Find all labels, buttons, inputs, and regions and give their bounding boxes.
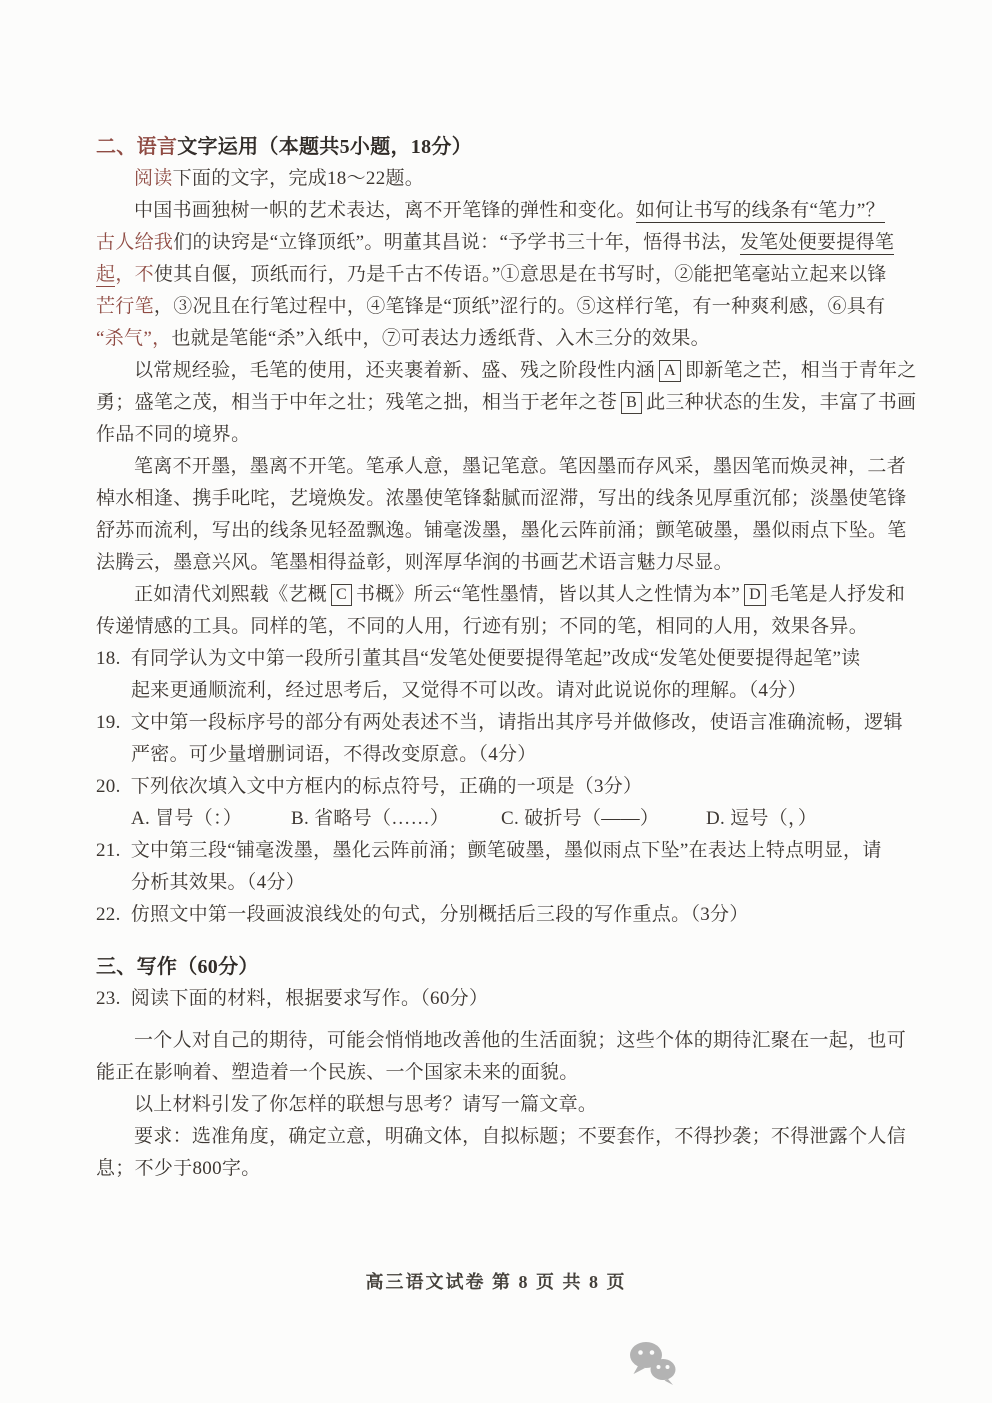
text-segment: 一个人对自己的期待，可能会悄悄地改善他的生活面貌；这些个体的期待汇聚在一起，也可: [134, 1030, 906, 1051]
doc-line-4: 古人给我们的诀窍是“立锋顶纸”。明董其昌说：“予学书三十年，悟得书法，发笔处便要…: [96, 227, 912, 259]
text-segment: 作品不同的境界。: [96, 424, 250, 445]
text-segment: 23. 阅读下面的材料，根据要求写作。（60分）: [96, 988, 488, 1009]
doc-line-23: 21. 文中第三段“铺毫泼墨，墨化云阵前涌；颤笔破墨，墨似雨点下坠”在表达上特点…: [96, 835, 912, 867]
text-segment: 息；不少于800字。: [96, 1158, 261, 1179]
text-segment: 中国书画独树一帜的艺术表达，离不开笔锋的弹性和变化。: [134, 200, 636, 221]
text-segment: 18. 有同学认为文中第一段所引董其昌“发笔处便要提得笔起”改成“发笔处便要提得…: [96, 648, 860, 669]
text-segment: 毛笔是人抒发和: [770, 584, 905, 605]
doc-line-5: 起，不使其自偃，顶纸而行，乃是千古不传语。”①意思是在书写时，②能把笔毫站立起来…: [96, 259, 912, 291]
text-segment: 起来更通顺流利，经过思考后，又觉得不可以改。请对此说说你的理解。（4分）: [131, 680, 807, 701]
wechat-icon: [627, 1338, 679, 1386]
text-segment: ，③况且在行笔过程中，④笔锋是“顶纸”涩行的。⑤这样行笔，有一种爽利感，⑥具有: [154, 296, 886, 317]
text-segment: 棹水相逢、携手叱咤，艺境焕发。浓墨使笔锋黏腻而涩滞，写出的线条见厚重沉郁；淡墨使…: [96, 488, 907, 509]
doc-line-14: 法腾云，墨意兴风。笔墨相得益彰，则浑厚华润的书画艺术语言魅力尽显。: [96, 547, 912, 579]
text-segment: 也就是笔能“杀”入纸中，⑦可表达力透纸背、入木三分的效果。: [171, 328, 710, 349]
text-segment: 法腾云，墨意兴风。笔墨相得益彰，则浑厚华润的书画艺术语言魅力尽显。: [96, 552, 733, 573]
text-segment: 下面的文字，完成18～22题。: [173, 168, 425, 189]
doc-line-13: 舒苏而流利，写出的线条见轻盈飘逸。铺毫泼墨，墨化云阵前涌；颤笔破墨，墨似雨点下坠…: [96, 515, 912, 547]
doc-line-11: 笔离不开墨，墨离不开笔。笔承人意，墨记笔意。笔因墨而存风采，墨因笔而焕灵神，二者: [96, 451, 912, 483]
doc-line-1: 二、语言文字运用（本题共5小题，18分）: [96, 131, 912, 163]
text-segment: “杀气”，: [96, 328, 171, 349]
text-segment: 22. 仿照文中第一段画波浪线处的句式，分别概括后三段的写作重点。（3分）: [96, 904, 749, 925]
text-segment: 勇；盛笔之茂，相当于中年之壮；残笔之拙，相当于老年之苍: [96, 392, 617, 413]
exam-body: 二、语言文字运用（本题共5小题，18分）阅读下面的文字，完成18～22题。中国书…: [96, 131, 912, 1185]
doc-line-26: 三、写作（60分）: [96, 951, 912, 983]
text-segment: 能正在影响着、塑造着一个民族、一个国家未来的面貌。: [96, 1062, 579, 1083]
text-segment: 二、语言: [96, 136, 177, 158]
doc-line-12: 棹水相逢、携手叱咤，艺境焕发。浓墨使笔锋黏腻而涩滞，写出的线条见厚重沉郁；淡墨使…: [96, 483, 912, 515]
doc-line-2: 阅读下面的文字，完成18～22题。: [96, 163, 912, 195]
doc-line-22: A. 冒号（：）B. 省略号（……）C. 破折号（——）D. 逗号（，）: [96, 803, 912, 835]
doc-line-32: 息；不少于800字。: [96, 1153, 912, 1185]
doc-line-15: 正如清代刘熙载《艺概C书概》所云“笔性墨情，皆以其人之性情为本”D毛笔是人抒发和: [96, 579, 912, 611]
text-segment: 书概》所云“笔性墨情，皆以其人之性情为本”: [356, 584, 740, 605]
underlined-text: 起: [96, 264, 115, 287]
doc-line-25: 22. 仿照文中第一段画波浪线处的句式，分别概括后三段的写作重点。（3分）: [96, 899, 912, 931]
doc-line-24: 分析其效果。（4分）: [96, 867, 912, 899]
text-segment: 笔离不开墨，墨离不开笔。笔承人意，墨记笔意。笔因墨而存风采，墨因笔而焕灵神，二者: [134, 456, 906, 477]
text-segment: 古人给我: [96, 232, 173, 253]
page-footer: 高三语文试卷 第 8 页 共 8 页: [0, 1268, 992, 1294]
text-segment: 19. 文中第一段标序号的部分有两处表述不当，请指出其序号并做修改，使语言准确流…: [96, 712, 903, 733]
doc-line-29: 能正在影响着、塑造着一个民族、一个国家未来的面貌。: [96, 1057, 912, 1089]
text-segment: 舒苏而流利，写出的线条见轻盈飘逸。铺毫泼墨，墨化云阵前涌；颤笔破墨，墨似雨点下坠…: [96, 520, 907, 541]
doc-line-18: 起来更通顺流利，经过思考后，又觉得不可以改。请对此说说你的理解。（4分）: [96, 675, 912, 707]
doc-line-30: 以上材料引发了你怎样的联想与思考？请写一篇文章。: [96, 1089, 912, 1121]
boxed-letter-B: B: [621, 392, 642, 414]
choice-D: D. 逗号（，）: [706, 803, 817, 835]
doc-line-16: 传递情感的工具。同样的笔，不同的人用，行迹有别；不同的笔，相同的人用，效果各异。: [96, 611, 912, 643]
doc-line-17: 18. 有同学认为文中第一段所引董其昌“发笔处便要提得笔起”改成“发笔处便要提得…: [96, 643, 912, 675]
exam-paper-page: 二、语言文字运用（本题共5小题，18分）阅读下面的文字，完成18～22题。中国书…: [0, 0, 992, 1403]
text-segment: 严密。可少量增删词语，不得改变原意。（4分）: [131, 744, 537, 765]
choice-B: B. 省略号（……）: [291, 803, 501, 835]
doc-line-21: 20. 下列依次填入文中方框内的标点符号，正确的一项是（3分）: [96, 771, 912, 803]
doc-line-7: “杀气”，也就是笔能“杀”入纸中，⑦可表达力透纸背、入木三分的效果。: [96, 323, 912, 355]
text-segment: ，不: [115, 264, 154, 285]
choice-A: A. 冒号（：）: [131, 803, 291, 835]
text-segment: 以常规经验，毛笔的使用，还夹裹着新、盛、残之阶段性内涵: [134, 360, 655, 381]
doc-line-28: 一个人对自己的期待，可能会悄悄地改善他的生活面貌；这些个体的期待汇聚在一起，也可: [96, 1025, 912, 1057]
boxed-letter-C: C: [331, 584, 352, 606]
text-segment: 芒行笔: [96, 296, 154, 317]
text-segment: 以上材料引发了你怎样的联想与思考？请写一篇文章。: [134, 1094, 597, 1115]
doc-line-9: 勇；盛笔之茂，相当于中年之壮；残笔之拙，相当于老年之苍B此三种状态的生发，丰富了…: [96, 387, 912, 419]
text-segment: 即新笔之芒，相当于青年之: [685, 360, 917, 381]
doc-line-3: 中国书画独树一帜的艺术表达，离不开笔锋的弹性和变化。如何让书写的线条有“笔力”？: [96, 195, 912, 227]
choice-C: C. 破折号（——）: [501, 803, 706, 835]
doc-line-6: 芒行笔，③况且在行笔过程中，④笔锋是“顶纸”涩行的。⑤这样行笔，有一种爽利感，⑥…: [96, 291, 912, 323]
text-segment: 21. 文中第三段“铺毫泼墨，墨化云阵前涌；颤笔破墨，墨似雨点下坠”在表达上特点…: [96, 840, 882, 861]
text-segment: 文字运用（本题共5小题，18分）: [177, 136, 472, 158]
text-segment: 们的诀窍是“立锋顶纸”。明董其昌说：“予学书三十年，悟得书法，: [173, 232, 740, 253]
doc-line-8: 以常规经验，毛笔的使用，还夹裹着新、盛、残之阶段性内涵A即新笔之芒，相当于青年之: [96, 355, 912, 387]
doc-line-10: 作品不同的境界。: [96, 419, 912, 451]
text-segment: 分析其效果。（4分）: [131, 872, 305, 893]
underlined-text: 发笔处便要提得笔: [740, 232, 894, 255]
boxed-letter-D: D: [744, 584, 766, 606]
text-segment: 要求：选准角度，确定立意，明确文体，自拟标题；不要套作，不得抄袭；不得泄露个人信: [134, 1126, 906, 1147]
doc-line-19: 19. 文中第一段标序号的部分有两处表述不当，请指出其序号并做修改，使语言准确流…: [96, 707, 912, 739]
text-segment: 阅读: [134, 168, 173, 189]
text-segment: 20. 下列依次填入文中方框内的标点符号，正确的一项是（3分）: [96, 776, 642, 797]
boxed-letter-A: A: [659, 360, 681, 382]
underlined-text: 如何让书写的线条有“笔力”？: [636, 200, 885, 223]
text-segment: 正如清代刘熙载《艺概: [134, 584, 327, 605]
doc-line-27: 23. 阅读下面的材料，根据要求写作。（60分）: [96, 983, 912, 1015]
doc-line-31: 要求：选准角度，确定立意，明确文体，自拟标题；不要套作，不得抄袭；不得泄露个人信: [96, 1121, 912, 1153]
text-segment: 传递情感的工具。同样的笔，不同的人用，行迹有别；不同的笔，相同的人用，效果各异。: [96, 616, 868, 637]
text-segment: 使其自偃，顶纸而行，乃是千古不传语。”①意思是在书写时，②能把笔毫站立起来以锋: [154, 264, 887, 285]
doc-line-20: 严密。可少量增删词语，不得改变原意。（4分）: [96, 739, 912, 771]
text-segment: 此三种状态的生发，丰富了书画: [646, 392, 916, 413]
text-segment: 三、写作（60分）: [96, 956, 259, 978]
